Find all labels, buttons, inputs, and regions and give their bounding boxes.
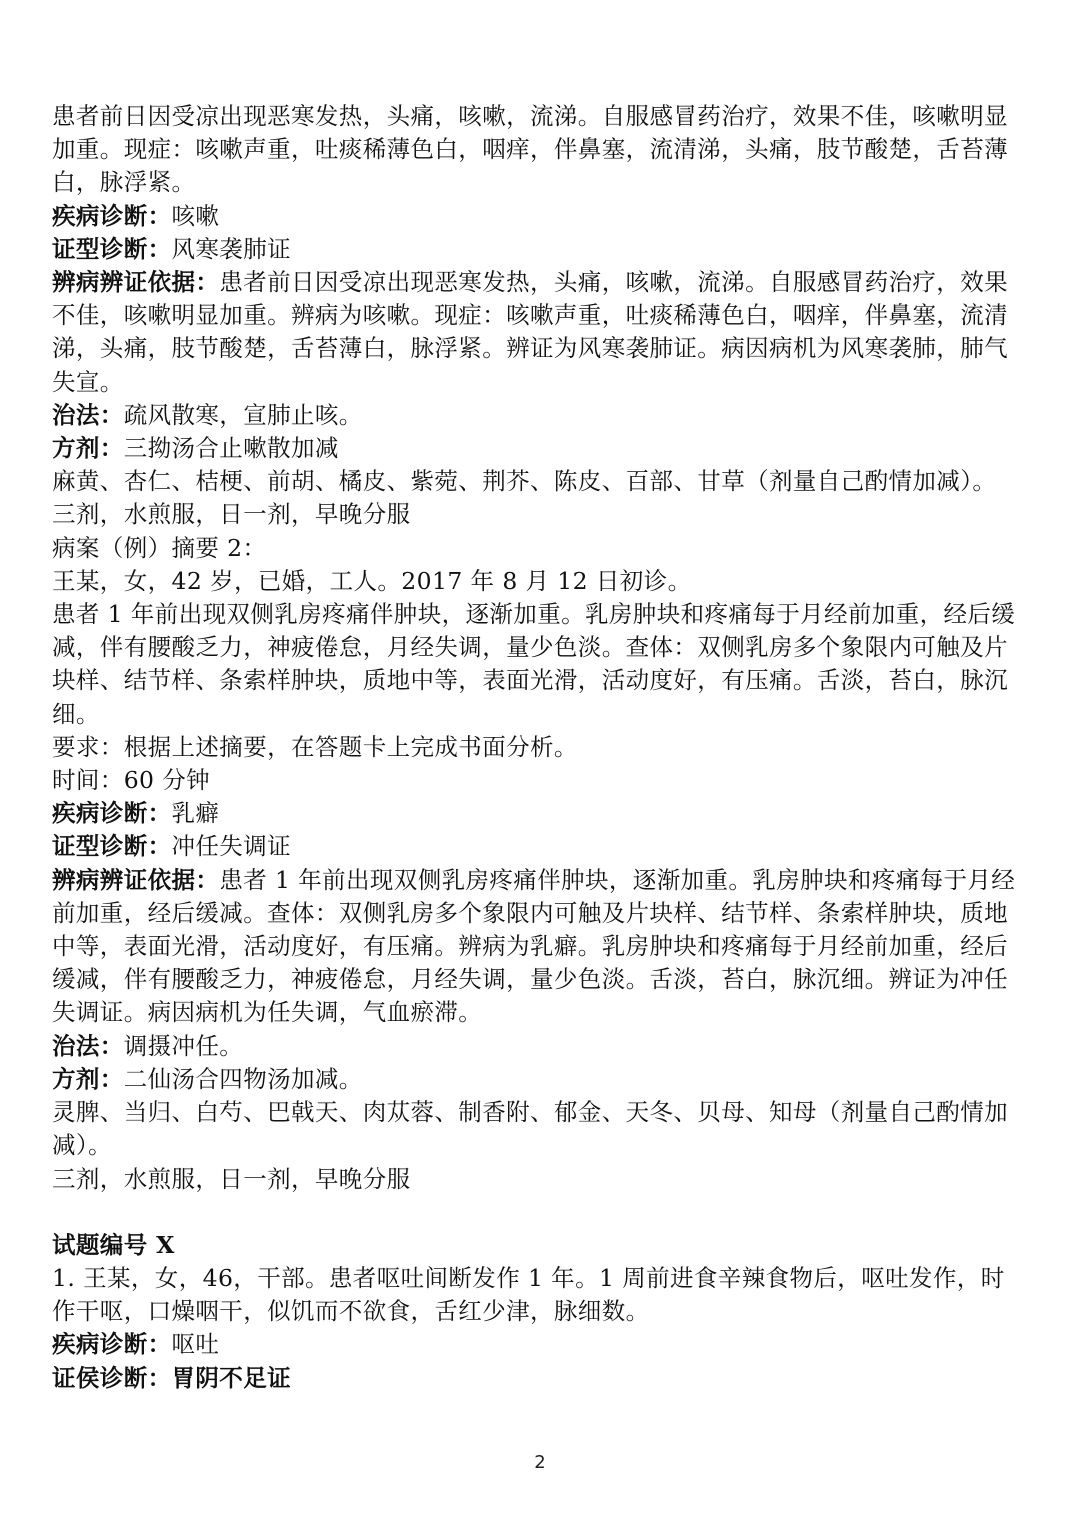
disease-value: 呕吐 [172, 1330, 220, 1358]
case2-dosage: 三剂，水煎服，日一剂，早晚分服 [52, 1163, 1022, 1196]
syndrome-value: 风寒袭肺证 [172, 235, 292, 263]
syndrome-label: 证型诊断： [52, 235, 172, 263]
formula-label: 方剂： [52, 1065, 124, 1093]
treatment-value: 调摄冲任。 [124, 1032, 244, 1060]
document-page: 患者前日因受凉出现恶寒发热，头痛，咳嗽，流涕。自服感冒药治疗，效果不佳，咳嗽明显… [52, 100, 1022, 1395]
treatment-label: 治法： [52, 401, 124, 429]
case2-disease-diagnosis: 疾病诊断：乳癖 [52, 797, 1022, 830]
syndrome-value: 冲任失调证 [172, 832, 292, 860]
treatment-label: 治法： [52, 1032, 124, 1060]
case1-herbs: 麻黄、杏仁、桔梗、前胡、橘皮、紫菀、荆芥、陈皮、百部、甘草（剂量自己酌情加减）。 [52, 465, 1022, 498]
case2-syndrome-diagnosis: 证型诊断：冲任失调证 [52, 830, 1022, 863]
case2-basis: 辨病辨证依据：患者 1 年前出现双侧乳房疼痛伴肿块，逐渐加重。乳房肿块和疼痛每于… [52, 864, 1022, 1030]
disease-value: 乳癖 [172, 799, 220, 827]
formula-value: 二仙汤合四物汤加减。 [124, 1065, 363, 1093]
question-x-title: 试题编号 X [52, 1229, 1022, 1262]
section-spacer [52, 1196, 1022, 1229]
basis-label: 辨病辨证依据： [52, 268, 219, 296]
page-number: 2 [0, 1452, 1080, 1473]
case1-history: 患者前日因受凉出现恶寒发热，头痛，咳嗽，流涕。自服感冒药治疗，效果不佳，咳嗽明显… [52, 100, 1022, 200]
case1-treatment: 治法：疏风散寒，宣肺止咳。 [52, 399, 1022, 432]
disease-label: 疾病诊断： [52, 1330, 172, 1358]
case1-basis: 辨病辨证依据：患者前日因受凉出现恶寒发热，头痛，咳嗽，流涕。自服感冒药治疗，效果… [52, 266, 1022, 399]
case2-treatment: 治法：调摄冲任。 [52, 1030, 1022, 1063]
disease-value: 咳嗽 [172, 202, 220, 230]
formula-value: 三拗汤合止嗽散加减 [124, 434, 339, 462]
case1-disease-diagnosis: 疾病诊断：咳嗽 [52, 200, 1022, 233]
syndrome-value: 胃阴不足证 [172, 1364, 292, 1392]
disease-label: 疾病诊断： [52, 799, 172, 827]
formula-label: 方剂： [52, 434, 124, 462]
treatment-value: 疏风散寒，宣肺止咳。 [124, 401, 363, 429]
disease-label: 疾病诊断： [52, 202, 172, 230]
case2-title: 病案（例）摘要 2： [52, 532, 1022, 565]
question-x-case: 1. 王某，女，46，干部。患者呕吐间断发作 1 年。1 周前进食辛辣食物后，呕… [52, 1262, 1022, 1328]
case2-history: 患者 1 年前出现双侧乳房疼痛伴肿块，逐渐加重。乳房肿块和疼痛每于月经前加重，经… [52, 598, 1022, 731]
case2-patient: 王某，女，42 岁，已婚，工人。2017 年 8 月 12 日初诊。 [52, 565, 1022, 598]
case2-time: 时间：60 分钟 [52, 764, 1022, 797]
syndrome-label: 证型诊断： [52, 832, 172, 860]
case2-requirement: 要求：根据上述摘要，在答题卡上完成书面分析。 [52, 731, 1022, 764]
case2-formula: 方剂：二仙汤合四物汤加减。 [52, 1063, 1022, 1096]
case1-dosage: 三剂，水煎服，日一剂，早晚分服 [52, 498, 1022, 531]
question-x-syndrome-diagnosis: 证侯诊断：胃阴不足证 [52, 1362, 1022, 1395]
case1-syndrome-diagnosis: 证型诊断：风寒袭肺证 [52, 233, 1022, 266]
basis-label: 辨病辨证依据： [52, 866, 219, 894]
case2-herbs: 灵脾、当归、白芍、巴戟天、肉苁蓉、制香附、郁金、天冬、贝母、知母（剂量自己酌情加… [52, 1096, 1022, 1162]
syndrome-label: 证侯诊断： [52, 1364, 172, 1392]
question-x-disease-diagnosis: 疾病诊断：呕吐 [52, 1328, 1022, 1361]
case1-formula: 方剂：三拗汤合止嗽散加减 [52, 432, 1022, 465]
